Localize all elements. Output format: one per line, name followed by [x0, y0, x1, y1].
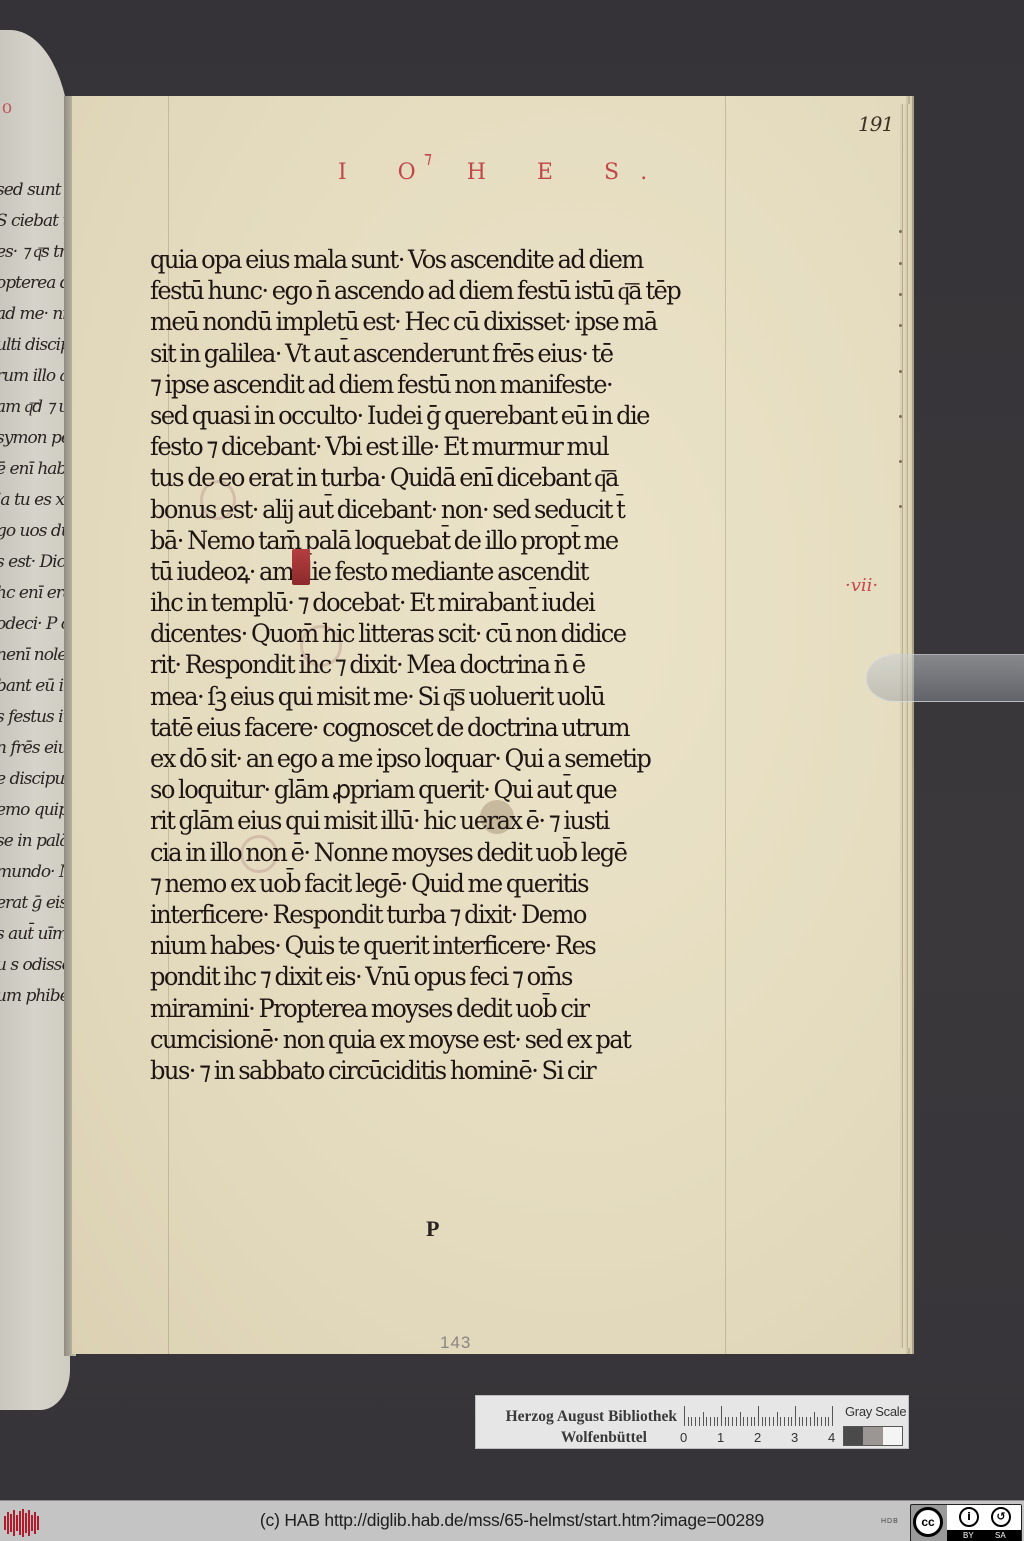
- text-line: tatē eius facere· cognoscet de doctrina …: [150, 712, 730, 743]
- facing-line: symon petrus: [0, 423, 70, 454]
- facing-line: am q͞d ⁊ uos: [0, 392, 70, 423]
- ruler-tick: [684, 1406, 685, 1426]
- facing-line: n frēs eius· Te: [0, 733, 70, 764]
- footer-bar: (c) HAB http://diglib.hab.de/mss/65-helm…: [0, 1500, 1024, 1541]
- ruler-label: 4: [828, 1430, 835, 1445]
- ruler-tick: [725, 1417, 726, 1426]
- ruler-tick: [802, 1417, 803, 1426]
- ruler-tick: [765, 1417, 766, 1426]
- facing-line: S ciebat ui: [0, 206, 70, 237]
- facing-line: ad me· nisi fu: [0, 299, 70, 330]
- by-person-icon: i: [959, 1507, 979, 1527]
- ruler-tick: [688, 1417, 689, 1426]
- facing-line: emo quippe: [0, 795, 70, 826]
- facing-page-text: sed sunt quā S ciebat ui es· ⁊ q͞s tradi…: [0, 175, 70, 1012]
- gray-scale-label: Gray Scale: [845, 1404, 906, 1419]
- ruler-tick: [795, 1406, 796, 1426]
- facing-line: rum illo ambu: [0, 361, 70, 392]
- text-line: rit· Respondit ihc ⁊ dixit· Mea doctrina…: [150, 649, 730, 680]
- gray-patch-mid: [863, 1427, 882, 1445]
- ruler-tick: [691, 1417, 692, 1426]
- footer-small-mark: HDB: [881, 1518, 899, 1525]
- ruler-label: 2: [754, 1430, 761, 1445]
- ruler-tick: [695, 1417, 696, 1426]
- ruler-tick: [717, 1417, 718, 1426]
- ruler-tick: [784, 1417, 785, 1426]
- pricking-mark: [899, 415, 902, 418]
- cc-license-badge[interactable]: cc i ↺ BY SA: [910, 1504, 1022, 1541]
- ruler-label: 0: [680, 1430, 687, 1445]
- cc-icon: cc: [913, 1507, 943, 1537]
- ruler-tick: [762, 1417, 763, 1426]
- ruler-tick: [825, 1417, 826, 1426]
- pricking-mark: [899, 505, 902, 508]
- ruler-tick: [721, 1406, 722, 1426]
- facing-line: u s odisse uos: [0, 950, 70, 981]
- ruler-tick: [832, 1406, 833, 1426]
- ruler-tick: [740, 1412, 741, 1426]
- text-line: dicentes· Quom̄ hic litteras scit· cū no…: [150, 618, 730, 649]
- text-line: sit in galilea· Vt aut̄ ascenderunt frēs…: [150, 338, 730, 369]
- rubricated-initial-I: [292, 549, 310, 585]
- facing-line: erat ḡ eis ihc· Te: [0, 888, 70, 919]
- sa-label: SA: [995, 1530, 1006, 1541]
- facing-line: nenī nolebat: [0, 640, 70, 671]
- institution-line-2: Wolfenbüttel: [482, 1427, 647, 1448]
- gray-patch-light: [883, 1427, 902, 1445]
- text-line: miramini· Propterea moyses dedit uob̄ ci…: [150, 993, 730, 1024]
- ruler-tick: [714, 1417, 715, 1426]
- facing-line: sed sunt quā: [0, 175, 70, 206]
- ruler-tick: [810, 1417, 811, 1426]
- text-line: ex dō sit· an ego a me ipso loquar· Qui …: [150, 743, 730, 774]
- facing-line: ulti discipulo: [0, 330, 70, 361]
- facing-line: es· ⁊ q͞s tradi: [0, 237, 70, 268]
- facing-line: s aut̄ uīm sem: [0, 919, 70, 950]
- text-line: festo ⁊ dicebant· Vbi est ille· Et murmu…: [150, 431, 730, 462]
- pricking-mark: [899, 230, 902, 233]
- text-line: quia opa eius mala sunt· Vos ascendite a…: [150, 244, 730, 275]
- text-line: sed quasi in occulto· Iudei ḡ querebant …: [150, 400, 730, 431]
- license-label-bar: [947, 1530, 1021, 1541]
- pricking-mark: [899, 370, 902, 373]
- facing-page-folio-mark: o: [2, 96, 12, 119]
- pricking-mark: [899, 460, 902, 463]
- ruler-tick: [821, 1417, 822, 1426]
- facing-line: ia tu es xp̄e fili: [0, 485, 70, 516]
- margin-chapter-number: ·vii·: [845, 575, 878, 596]
- facing-line: opterea dixi: [0, 268, 70, 299]
- text-line: bā· Nemo tam̄ palā loquebat̄ de illo pro…: [150, 525, 730, 556]
- facing-line: odeci· P ost h: [0, 609, 70, 640]
- ruler-tick: [814, 1412, 815, 1426]
- text-line: interficere· Respondit turba ⁊ dixit· De…: [150, 899, 730, 930]
- book-weight-clip: [866, 654, 1024, 702]
- ruler-tick: [747, 1417, 748, 1426]
- ruler-tick: [788, 1417, 789, 1426]
- ruler-tick: [728, 1417, 729, 1426]
- facing-line: mundo· Nec enī: [0, 857, 70, 888]
- running-title-text: I O H E S.: [338, 160, 669, 185]
- folio-number: 191: [858, 112, 893, 136]
- facing-line: s festus iudeo: [0, 702, 70, 733]
- text-line: mea· ſꝫ eius qui misit me· Si q͞s uoluer…: [150, 681, 730, 712]
- ruler-tick: [806, 1417, 807, 1426]
- text-line: bonus est· alij aut̄ dicebant· non· sed …: [150, 494, 730, 525]
- ruler-tick: [758, 1406, 759, 1426]
- text-line: bus· ⁊ in sabbato circūciditis hominē· S…: [150, 1055, 730, 1086]
- text-line: so loquitur· glām ꝓpriam querit· Qui aut…: [150, 774, 730, 805]
- gray-patch-dark: [844, 1427, 863, 1445]
- facing-line: se in palā esse·: [0, 826, 70, 857]
- abbreviation-mark: ⁊: [424, 148, 432, 167]
- ruler-label: 3: [791, 1430, 798, 1445]
- text-line: cumcisionē· non quia ex moyse est· sed e…: [150, 1024, 730, 1055]
- text-line: rit glām eius qui misit illū· hic uerax …: [150, 805, 730, 836]
- facing-page-edge: o sed sunt quā S ciebat ui es· ⁊ q͞s tra…: [0, 30, 70, 1410]
- facing-line: go uos duodē: [0, 516, 70, 547]
- sa-share-alike-icon: ↺: [991, 1507, 1011, 1527]
- text-line: pondit ihc ⁊ dixit eis· Vnū opus feci ⁊ …: [150, 961, 730, 992]
- facing-line: ē enī habes· tu: [0, 454, 70, 485]
- text-line: tū iudeoꝝ· am die festo mediante ascendi…: [150, 556, 730, 587]
- ruler-tick: [736, 1417, 737, 1426]
- text-line: cia in illo non ē· Nonne moyses dedit uo…: [150, 837, 730, 868]
- text-line: ⁊ ipse ascendit ad diem festū non manife…: [150, 369, 730, 400]
- gray-scale-bar: [843, 1426, 903, 1446]
- text-line: ihc in templū· ⁊ docebat· Et mirabant̄ i…: [150, 587, 730, 618]
- main-text-column: quia opa eius mala sunt· Vos ascendite a…: [150, 244, 750, 1086]
- ruler-tick: [751, 1417, 752, 1426]
- ruler-tick: [799, 1417, 800, 1426]
- pricking-mark: [899, 293, 902, 296]
- text-line: nium habes· Quis te querit interficere· …: [150, 930, 730, 961]
- ruler-tick: [791, 1417, 792, 1426]
- ruler-tick: [743, 1417, 744, 1426]
- ruler-label: 1: [717, 1430, 724, 1445]
- ruler-tick: [732, 1417, 733, 1426]
- cm-ruler: [684, 1406, 839, 1426]
- pricking-mark: [899, 262, 902, 265]
- catchword: P: [426, 1216, 439, 1242]
- text-line: festū hunc· ego n̄ ascendo ad diem festū…: [150, 275, 730, 306]
- ruler-tick: [706, 1417, 707, 1426]
- text-line: meū nondū impletū est· Hec cū dixisset· …: [150, 306, 730, 337]
- facing-line: bant eū iude: [0, 671, 70, 702]
- text-line: ⁊ nemo ex uob̄ facit legē· Quid me queri…: [150, 868, 730, 899]
- cc-attribution-panel: i ↺ BY SA: [947, 1505, 1021, 1541]
- ruler-tick: [703, 1412, 704, 1426]
- pencil-page-number: 143: [440, 1333, 471, 1353]
- running-title: I O H E S. ⁊: [338, 160, 669, 185]
- institution-line-1: Herzog August Bibliothek: [506, 1408, 677, 1425]
- color-scale-card: Herzog August Bibliothek Wolfenbüttel 0 …: [475, 1395, 909, 1449]
- copyright-link[interactable]: (c) HAB http://diglib.hab.de/mss/65-helm…: [0, 1510, 1024, 1531]
- ruler-tick: [710, 1417, 711, 1426]
- pricking-mark: [899, 324, 902, 327]
- ruler-tick: [780, 1417, 781, 1426]
- facing-line: hc enī erat tra: [0, 578, 70, 609]
- page-edges: [900, 104, 912, 1348]
- ruler-tick: [769, 1417, 770, 1426]
- text-line: tus de eo erat in turba· Quidā enī diceb…: [150, 462, 730, 493]
- ruler-tick: [754, 1417, 755, 1426]
- ruler-tick: [773, 1417, 774, 1426]
- facing-line: e discipuli tu: [0, 764, 70, 795]
- institution-name: Herzog August Bibliothek Wolfenbüttel: [482, 1406, 677, 1448]
- ruler-tick: [817, 1417, 818, 1426]
- ruler-tick: [699, 1417, 700, 1426]
- ruler-tick: [828, 1417, 829, 1426]
- facing-line: s est· Dicebat: [0, 547, 70, 578]
- by-label: BY: [963, 1530, 974, 1541]
- facing-line: um phibeo de: [0, 981, 70, 1012]
- ruler-tick: [777, 1412, 778, 1426]
